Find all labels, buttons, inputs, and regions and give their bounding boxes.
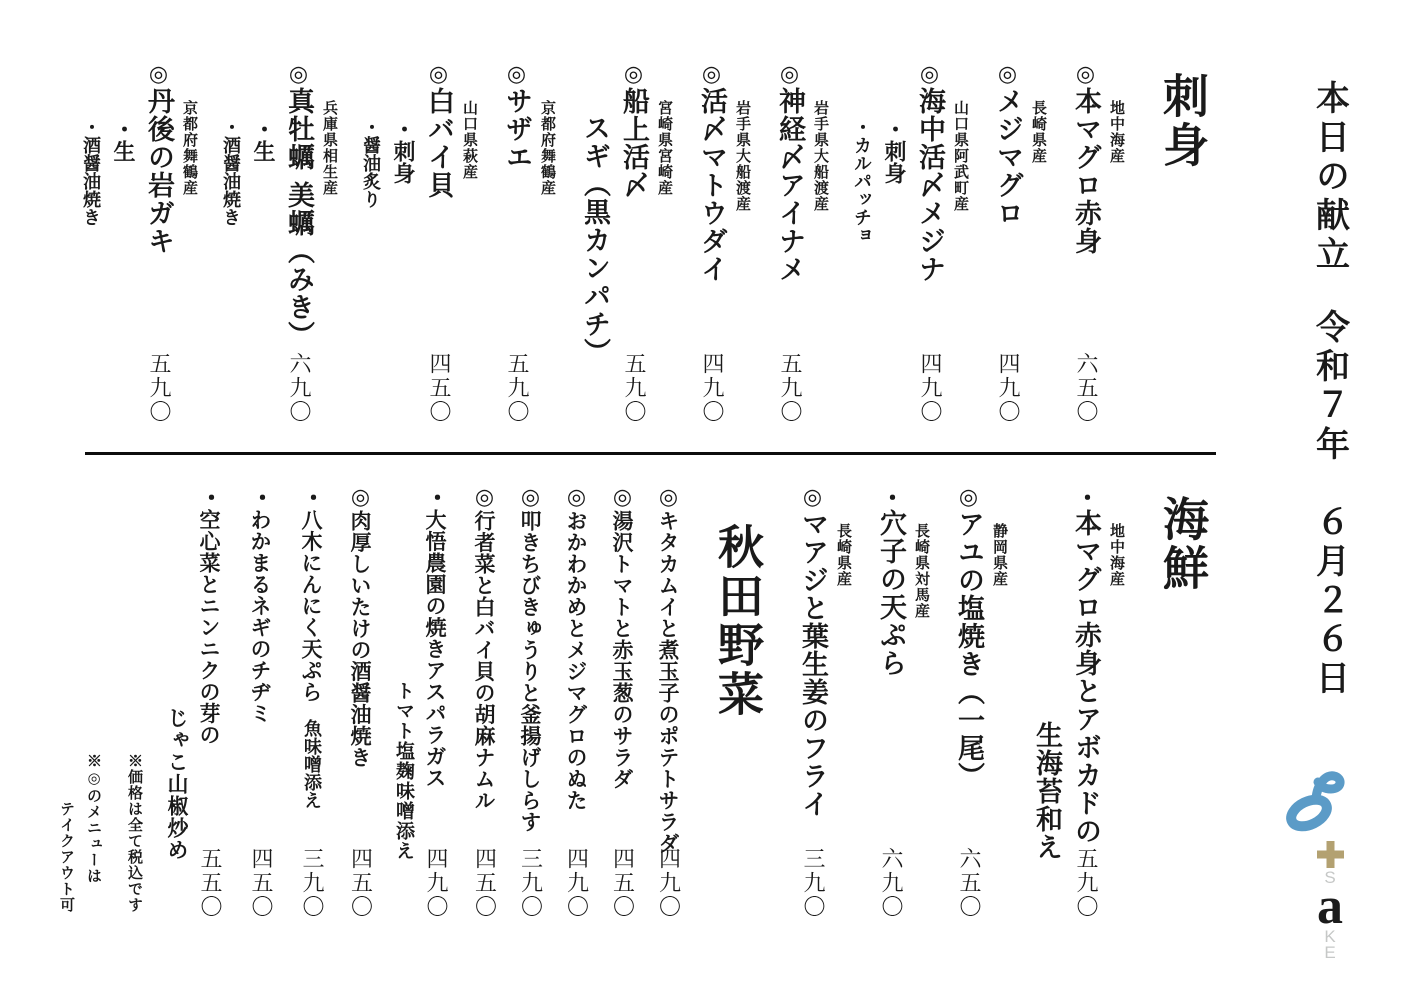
item-main: ・本マグロ赤身とアボカドの五九〇: [1066, 485, 1105, 919]
item-main: ◎おかわかめとメジマグロのぬた四九〇: [561, 485, 591, 919]
item-price: 五九〇: [501, 352, 532, 424]
item-price: 四九〇: [561, 847, 592, 919]
double-circle-icon: ◎: [426, 62, 451, 87]
item-price: 三九〇: [515, 847, 546, 919]
dot-icon: ・: [246, 485, 275, 509]
double-circle-icon: ◎: [800, 485, 825, 510]
item-name: 本マグロ赤身とアボカドの: [1070, 509, 1101, 845]
item-name: 丹後の岩ガキ: [143, 87, 174, 255]
item-price: 六九〇: [875, 847, 906, 919]
item-price: 四五〇: [607, 847, 638, 919]
item-origin: 地中海産: [1107, 62, 1128, 424]
double-circle-icon: ◎: [472, 485, 497, 510]
item-name: 湯沢トマトと赤玉葱のサラダ: [610, 510, 635, 790]
menu-item: ・大悟農園の焼きアスパラガス四九〇トマト塩麹味噌添え: [391, 485, 453, 919]
item-price: 四五〇: [423, 352, 454, 424]
item-main: ・空心菜とニンニクの芽の五五〇: [192, 485, 227, 919]
item-main: ◎船上活〆五九〇: [614, 62, 653, 424]
menu-item: ◎キタカムイと煮玉子のポテトサラダ四九〇: [653, 485, 683, 919]
menu-item: 山口県阿武町産◎海中活〆メジナ四九〇・刺身・カルパッチョ: [848, 62, 972, 424]
seafood-vegetable-row: 海鮮地中海産・本マグロ赤身とアボカドの五九〇生海苔和え静岡県産◎アユの塩焼き（一…: [85, 485, 1216, 919]
item-main: ◎活〆マトウダイ四九〇: [692, 62, 731, 424]
item-main: ◎真牡蠣 美蠣（みき）六九〇: [279, 62, 318, 424]
menu-date: 令和７年 ６月２６日: [1310, 275, 1350, 699]
item-name: わかまるネギのチヂミ: [248, 509, 273, 724]
item-name: 行者菜と白バイ貝の胡麻ナムル: [472, 510, 497, 811]
double-circle-icon: ◎: [777, 62, 802, 87]
item-price: 六五〇: [1070, 352, 1101, 424]
item-name: キタカムイと煮玉子のポテトサラダ: [656, 510, 681, 854]
item-origin: 静岡県産: [990, 485, 1011, 919]
item-main: ・わかまるネギのチヂミ四五〇: [243, 485, 278, 919]
item-name: 海中活〆メジナ: [914, 87, 945, 283]
section-title: 刺身: [1150, 62, 1216, 424]
dot-icon: ・: [297, 485, 326, 509]
item-name: メジマグロ: [992, 87, 1023, 227]
menu-item: 兵庫県相生産◎真牡蠣 美蠣（みき）六九〇・生・酒醤油焼き: [217, 62, 341, 424]
item-price: 四九〇: [914, 352, 945, 424]
item-name: おかわかめとメジマグロのぬた: [564, 510, 589, 811]
double-circle-icon: ◎: [348, 485, 373, 510]
item-price: 四九〇: [992, 352, 1023, 424]
double-circle-icon: ◎: [564, 485, 589, 510]
item-price: 三九〇: [797, 847, 828, 919]
item-origin: 宮崎県宮崎産: [655, 62, 676, 424]
item-main: ◎肉厚しいたけの酒醤油焼き四五〇: [345, 485, 375, 919]
item-subitem: ・刺身: [388, 62, 419, 424]
item-name: 八木にんにく天ぷら: [299, 509, 324, 703]
item-main: ・八木にんにく天ぷら魚味噌添え三九〇: [294, 485, 329, 919]
item-name: 白バイ貝: [423, 87, 454, 199]
item-main: ◎神経〆アイナメ五九〇: [770, 62, 809, 424]
item-price: 五五〇: [194, 847, 225, 919]
menu-content: 刺身地中海産◎本マグロ赤身六五〇長崎県産◎メジマグロ四九〇山口県阿武町産◎海中活…: [0, 0, 1244, 1002]
item-main: ・大悟農園の焼きアスパラガス四九〇: [418, 485, 453, 919]
item-price: 四五〇: [469, 847, 500, 919]
item-name: 大悟農園の焼きアスパラガス: [423, 509, 448, 789]
item-price: 四九〇: [696, 352, 727, 424]
item-main: ◎マアジと葉生姜のフライ三九〇: [793, 485, 832, 919]
section-title: 秋田野菜: [705, 485, 771, 919]
menu-item: ◎肉厚しいたけの酒醤油焼き四五〇: [345, 485, 375, 919]
item-name-line2-text: じゃこ山椒炒め: [162, 707, 192, 861]
dot-icon: ・: [876, 485, 905, 509]
double-circle-icon: ◎: [504, 62, 529, 87]
menu-item: ・八木にんにく天ぷら魚味噌添え三九〇: [294, 485, 329, 919]
item-name: 本マグロ赤身: [1070, 87, 1101, 255]
footer-note: テイクアウト可: [57, 485, 78, 919]
item-price: 五九〇: [774, 352, 805, 424]
double-circle-icon: ◎: [146, 62, 171, 87]
item-origin: 長崎県産: [834, 485, 855, 919]
menu-item: 山口県萩産◎白バイ貝四五〇・刺身・醤油炙り: [357, 62, 481, 424]
menu-item: ◎行者菜と白バイ貝の胡麻ナムル四五〇: [469, 485, 499, 919]
section-divider: [85, 452, 1216, 455]
item-origin: 山口県萩産: [460, 62, 481, 424]
item-name-line2: トマト塩麹味噌添え: [391, 485, 418, 919]
item-origin: 岩手県大船渡産: [811, 62, 832, 424]
menu-item: 長崎県対馬産・穴子の天ぷら六九〇: [871, 485, 933, 919]
item-price: 六九〇: [283, 352, 314, 424]
item-name: 真牡蠣 美蠣（みき）: [283, 87, 314, 349]
item-name: 神経〆アイナメ: [774, 87, 805, 283]
item-name-suffix: 魚味噌添え: [301, 703, 322, 809]
sashimi-row: 刺身地中海産◎本マグロ赤身六五〇長崎県産◎メジマグロ四九〇山口県阿武町産◎海中活…: [85, 62, 1216, 424]
menu-item: 宮崎県宮崎産◎船上活〆五九〇スギ（黒カンパチ）: [575, 62, 676, 424]
item-price: 三九〇: [296, 847, 327, 919]
item-main: ◎アユの塩焼き（一尾）六五〇: [949, 485, 988, 919]
sake-logo-mark-icon: [1282, 769, 1352, 835]
item-main: ◎本マグロ赤身六五〇: [1066, 62, 1105, 424]
menu-title: 本日の献立: [1310, 80, 1350, 275]
sake-logo: S a K E: [1282, 769, 1378, 960]
menu-title-column: 本日の献立令和７年 ６月２６日: [1306, 80, 1355, 699]
item-main: ◎湯沢トマトと赤玉葱のサラダ四五〇: [607, 485, 637, 919]
item-name-line2-text: 生海苔和え: [1027, 721, 1066, 861]
item-main: ◎海中活〆メジナ四九〇: [910, 62, 949, 424]
item-main: ◎丹後の岩ガキ五九〇: [139, 62, 178, 424]
menu-item: 岩手県大船渡産◎神経〆アイナメ五九〇: [770, 62, 832, 424]
right-rail: 本日の献立令和７年 ６月２６日 S a K E: [1244, 0, 1416, 1002]
double-circle-icon: ◎: [956, 485, 981, 510]
dot-icon: ・: [421, 485, 450, 509]
item-name-line2: 生海苔和え: [1027, 485, 1066, 919]
double-circle-icon: ◎: [518, 485, 543, 510]
double-circle-icon: ◎: [286, 62, 311, 87]
menu-item: ・わかまるネギのチヂミ四五〇: [243, 485, 278, 919]
item-name-line2: スギ（黒カンパチ）: [575, 62, 614, 424]
item-price: 五九〇: [618, 352, 649, 424]
menu-item: ◎叩きちびきゅうりと釜揚げしらす三九〇: [515, 485, 545, 919]
item-origin: 岩手県大船渡産: [733, 62, 754, 424]
menu-item: 岩手県大船渡産◎活〆マトウダイ四九〇: [692, 62, 754, 424]
item-name: 船上活〆: [618, 87, 649, 199]
item-subitem: ・酒醤油焼き: [77, 62, 103, 424]
plus-icon: [1317, 841, 1344, 868]
sake-letters: S a K E: [1317, 870, 1343, 960]
menu-item: 京都府舞鶴産◎サザエ五九〇: [497, 62, 559, 424]
double-circle-icon: ◎: [917, 62, 942, 87]
item-main: ◎メジマグロ四九〇: [988, 62, 1027, 424]
item-name: 活〆マトウダイ: [696, 87, 727, 283]
dot-icon: ・: [1071, 485, 1100, 509]
item-main: ◎行者菜と白バイ貝の胡麻ナムル四五〇: [469, 485, 499, 919]
item-price: 四五〇: [245, 847, 276, 919]
item-name: 叩きちびきゅうりと釜揚げしらす: [518, 510, 543, 833]
menu-item: ・空心菜とニンニクの芽の五五〇じゃこ山椒炒め: [162, 485, 227, 919]
dot-icon: ・: [195, 485, 224, 509]
double-circle-icon: ◎: [1073, 62, 1098, 87]
item-subitem: ・酒醤油焼き: [217, 62, 243, 424]
menu-item: ◎おかわかめとメジマグロのぬた四九〇: [561, 485, 591, 919]
double-circle-icon: ◎: [621, 62, 646, 87]
menu-page: 刺身地中海産◎本マグロ赤身六五〇長崎県産◎メジマグロ四九〇山口県阿武町産◎海中活…: [0, 0, 1416, 1002]
item-main: ◎サザエ五九〇: [497, 62, 536, 424]
item-origin: 地中海産: [1107, 485, 1128, 919]
item-price: 六五〇: [953, 847, 984, 919]
item-name-line2-text: スギ（黒カンパチ）: [575, 114, 614, 366]
item-price: 四五〇: [345, 847, 376, 919]
menu-item: ◎湯沢トマトと赤玉葱のサラダ四五〇: [607, 485, 637, 919]
item-subitem: ・生: [248, 62, 279, 424]
section-title: 海鮮: [1150, 485, 1216, 919]
item-origin: 京都府舞鶴産: [538, 62, 559, 424]
item-main: ◎キタカムイと煮玉子のポテトサラダ四九〇: [653, 485, 683, 919]
footer-note: ※価格は全て税込です: [125, 485, 146, 919]
double-circle-icon: ◎: [995, 62, 1020, 87]
item-name: サザエ: [501, 87, 532, 171]
item-origin: 山口県阿武町産: [951, 62, 972, 424]
item-price: 四九〇: [653, 847, 684, 919]
item-price: 五九〇: [143, 352, 174, 424]
menu-item: 長崎県産◎マアジと葉生姜のフライ三九〇: [793, 485, 855, 919]
item-origin: 兵庫県相生産: [320, 62, 341, 424]
item-name: アユの塩焼き（一尾）: [953, 510, 984, 790]
item-subitem: ・生: [108, 62, 139, 424]
item-subitem: ・醤油炙り: [357, 62, 383, 424]
menu-item: 地中海産・本マグロ赤身とアボカドの五九〇生海苔和え: [1027, 485, 1128, 919]
item-subitem: ・カルパッチョ: [848, 62, 874, 424]
item-origin: 長崎県産: [1029, 62, 1050, 424]
item-name: 穴子の天ぷら: [875, 509, 906, 677]
logo-letter-a: a: [1317, 885, 1343, 929]
item-name: 空心菜とニンニクの芽の: [197, 509, 222, 746]
item-price: 五九〇: [1070, 847, 1101, 919]
item-main: ・穴子の天ぷら六九〇: [871, 485, 910, 919]
item-name-line2: じゃこ山椒炒め: [162, 485, 192, 919]
item-price: 四九〇: [420, 847, 451, 919]
item-subitem: ・刺身: [879, 62, 910, 424]
menu-item: 静岡県産◎アユの塩焼き（一尾）六五〇: [949, 485, 1011, 919]
item-origin: 長崎県対馬産: [912, 485, 933, 919]
footer-note: ※◎のメニューは: [84, 485, 105, 919]
double-circle-icon: ◎: [656, 485, 681, 510]
item-main: ◎叩きちびきゅうりと釜揚げしらす三九〇: [515, 485, 545, 919]
menu-item: 長崎県産◎メジマグロ四九〇: [988, 62, 1050, 424]
menu-item: 京都府舞鶴産◎丹後の岩ガキ五九〇・生・酒醤油焼き: [77, 62, 201, 424]
double-circle-icon: ◎: [699, 62, 724, 87]
item-name: 肉厚しいたけの酒醤油焼き: [348, 510, 373, 768]
logo-letter-e: E: [1324, 945, 1335, 960]
item-origin: 京都府舞鶴産: [180, 62, 201, 424]
item-name: マアジと葉生姜のフライ: [797, 510, 828, 818]
double-circle-icon: ◎: [610, 485, 635, 510]
item-name-line2-text: トマト塩麹味噌添え: [391, 681, 418, 861]
menu-item: 地中海産◎本マグロ赤身六五〇: [1066, 62, 1128, 424]
item-main: ◎白バイ貝四五〇: [419, 62, 458, 424]
